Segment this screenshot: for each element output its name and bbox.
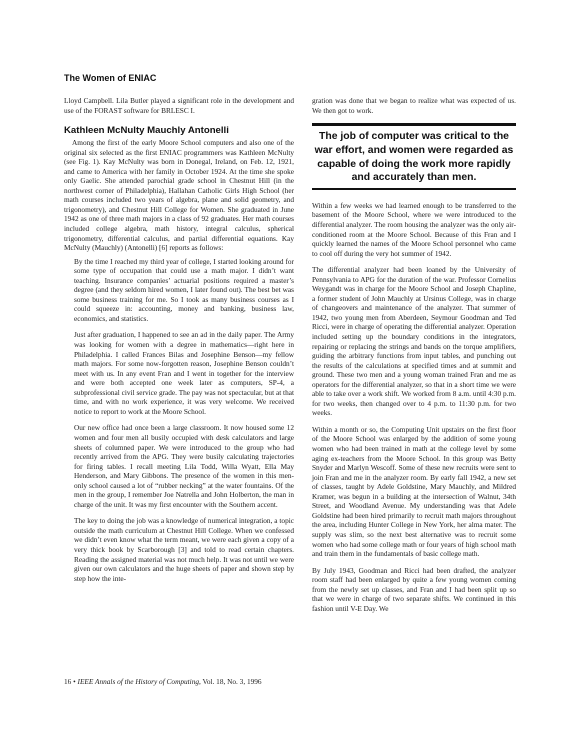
bullet-separator: • bbox=[73, 677, 76, 686]
block-quote: By July 1943, Goodman and Ricci had been… bbox=[312, 566, 516, 614]
intro-paragraph: Among the first of the early Moore Schoo… bbox=[64, 138, 294, 253]
block-quote: The key to doing the job was a knowledge… bbox=[74, 516, 294, 583]
block-quote: Within a month or so, the Computing Unit… bbox=[312, 425, 516, 559]
page-footer: 16 • IEEE Annals of the History of Compu… bbox=[64, 677, 262, 686]
lead-paragraph: Lloyd Campbell. Lila Butler played a sig… bbox=[64, 96, 294, 115]
block-quote: Our new office had once been a large cla… bbox=[74, 423, 294, 509]
section-heading: Kathleen McNulty Mauchly Antonelli bbox=[64, 125, 294, 137]
block-quote: The differential analyzer had been loane… bbox=[312, 265, 516, 418]
running-head: The Women of ENIAC bbox=[64, 73, 156, 83]
block-quote: Just after graduation, I happened to see… bbox=[74, 330, 294, 416]
journal-title: IEEE Annals of the History of Computing bbox=[78, 677, 199, 686]
page-number: 16 bbox=[64, 677, 71, 686]
left-column: Lloyd Campbell. Lila Butler played a sig… bbox=[64, 96, 294, 583]
right-column: gration was done that we began to realiz… bbox=[312, 96, 516, 613]
issue-info: , Vol. 18, No. 3, 1996 bbox=[199, 677, 262, 686]
pull-quote: The job of computer was critical to the … bbox=[312, 123, 516, 190]
block-quote: Within a few weeks we had learned enough… bbox=[312, 201, 516, 258]
block-quote: By the time I reached my third year of c… bbox=[74, 257, 294, 324]
block-quote-continuation: gration was done that we began to realiz… bbox=[312, 96, 516, 115]
